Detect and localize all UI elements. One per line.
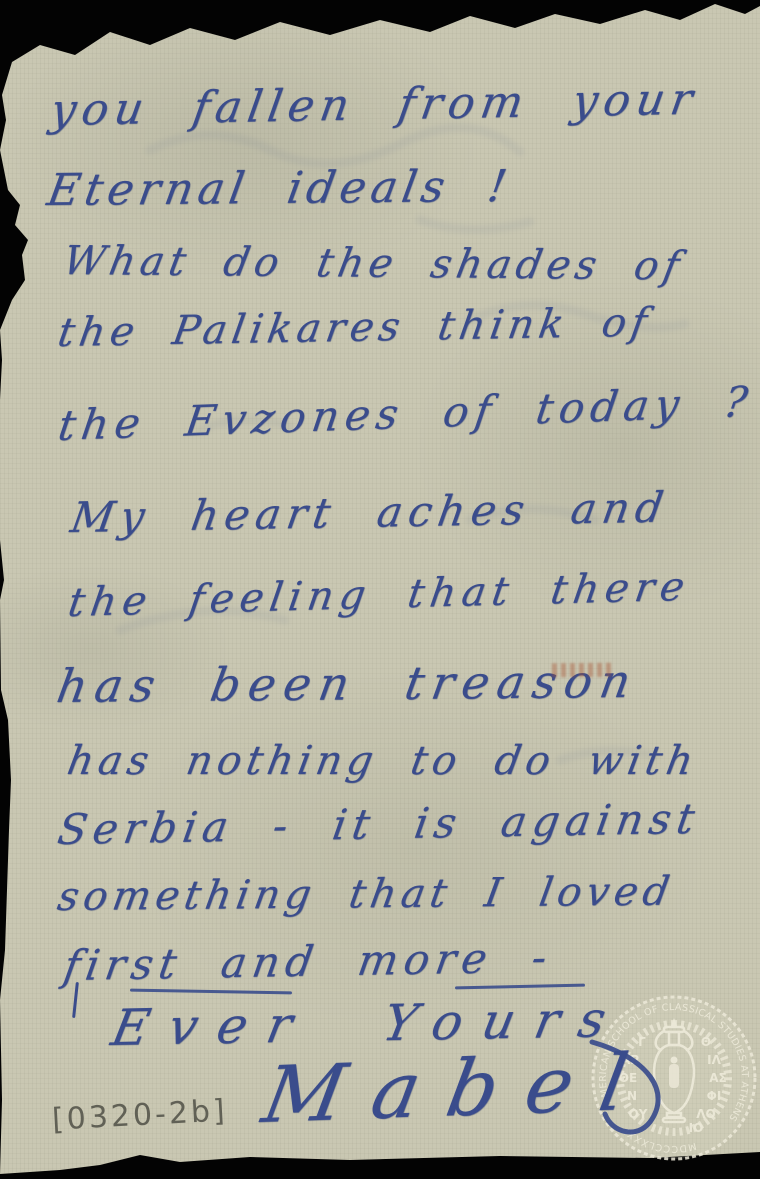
svg-text:ΛΟ: ΛΟ	[696, 1107, 716, 1121]
svg-text:ΦΙ: ΦΙ	[707, 1089, 722, 1103]
faint-red-stamp	[552, 663, 614, 678]
letter-line-9: has nothing to do with	[64, 738, 702, 784]
letter-line-11: something that I loved	[54, 869, 677, 920]
scanned-letter: AMERICAN SCHOOL OF CLASSICAL STUDIES AT …	[0, 0, 760, 1179]
svg-text:ΙΟ: ΙΟ	[689, 1121, 704, 1135]
svg-text:ΙΛ: ΙΛ	[707, 1053, 721, 1067]
svg-text:Θ: Θ	[701, 1035, 711, 1049]
svg-text:ΑΣ: ΑΣ	[709, 1071, 726, 1085]
letter-line-3: What do the shades of	[59, 238, 687, 289]
letter-line-2: Eternal ideals !	[44, 162, 516, 217]
letter-line-12: first and more -	[60, 934, 556, 991]
signature: Mabel	[256, 1038, 662, 1141]
